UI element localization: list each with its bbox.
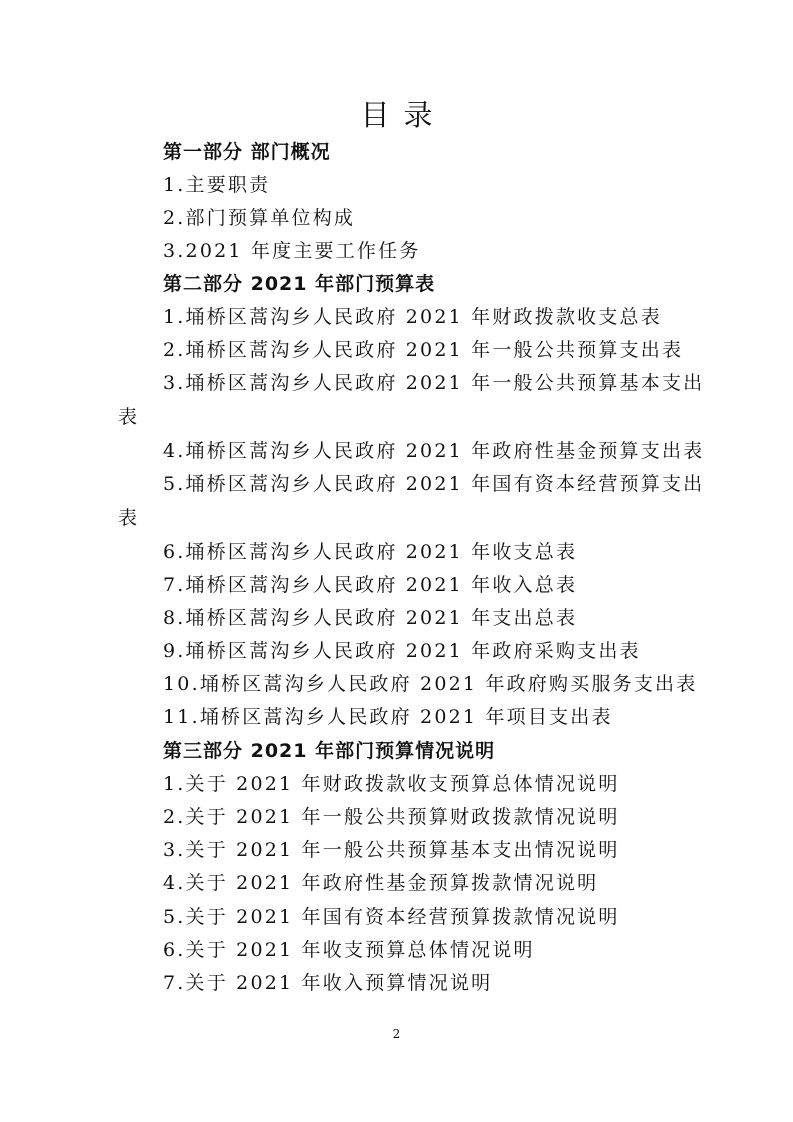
toc-item: 8.埇桥区蒿沟乡人民政府 2021 年支出总表 xyxy=(163,606,577,630)
toc-item: 6.埇桥区蒿沟乡人民政府 2021 年收支总表 xyxy=(163,540,577,564)
toc-item: 5.关于 2021 年国有资本经营预算拨款情况说明 xyxy=(163,905,620,929)
toc-item: 5.埇桥区蒿沟乡人民政府 2021 年国有资本经营预算支出 xyxy=(163,472,704,496)
toc-item: 4.关于 2021 年政府性基金预算拨款情况说明 xyxy=(163,871,598,895)
toc-item-wrap: 表 xyxy=(118,506,139,530)
toc-item: 6.关于 2021 年收支预算总体情况说明 xyxy=(163,938,535,962)
toc-item: 4.埇桥区蒿沟乡人民政府 2021 年政府性基金预算支出表 xyxy=(163,439,704,463)
page-number: 2 xyxy=(0,1027,793,1041)
toc-title: 目录 xyxy=(0,93,793,134)
toc-item: 3.埇桥区蒿沟乡人民政府 2021 年一般公共预算基本支出 xyxy=(163,371,704,395)
toc-item: 7.关于 2021 年收入预算情况说明 xyxy=(163,971,492,995)
toc-item: 1.关于 2021 年财政拨款收支预算总体情况说明 xyxy=(163,772,620,796)
toc-item: 10.埇桥区蒿沟乡人民政府 2021 年政府购买服务支出表 xyxy=(163,672,697,696)
toc-item: 2.部门预算单位构成 xyxy=(163,206,355,230)
toc-item: 11.埇桥区蒿沟乡人民政府 2021 年项目支出表 xyxy=(163,705,613,729)
toc-item: 2.埇桥区蒿沟乡人民政府 2021 年一般公共预算支出表 xyxy=(163,338,683,362)
part1-heading: 第一部分 部门概况 xyxy=(163,140,331,164)
part2-heading: 第二部分 2021 年部门预算表 xyxy=(163,272,435,296)
toc-item: 1.主要职责 xyxy=(163,173,270,197)
toc-item: 2.关于 2021 年一般公共预算财政拨款情况说明 xyxy=(163,805,620,829)
toc-item: 3.2021 年度主要工作任务 xyxy=(163,239,421,263)
toc-item: 3.关于 2021 年一般公共预算基本支出情况说明 xyxy=(163,838,620,862)
part3-heading: 第三部分 2021 年部门预算情况说明 xyxy=(163,739,495,763)
toc-item: 9.埇桥区蒿沟乡人民政府 2021 年政府采购支出表 xyxy=(163,639,641,663)
toc-item: 7.埇桥区蒿沟乡人民政府 2021 年收入总表 xyxy=(163,573,577,597)
toc-item-wrap: 表 xyxy=(118,405,139,429)
toc-item: 1.埇桥区蒿沟乡人民政府 2021 年财政拨款收支总表 xyxy=(163,305,662,329)
